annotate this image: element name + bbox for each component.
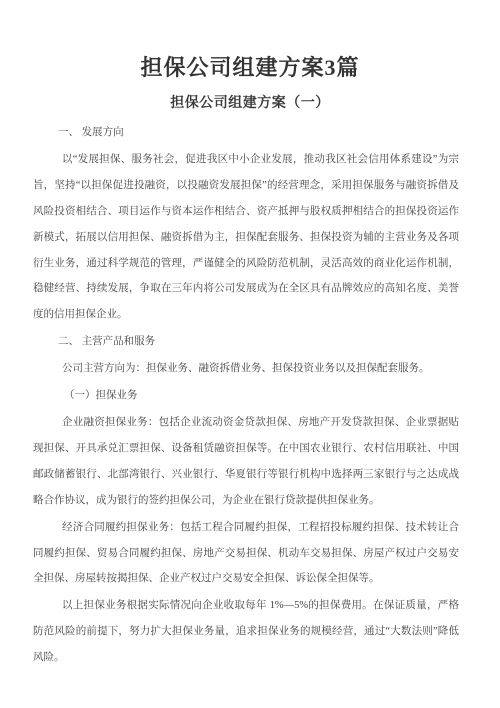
section-heading-development: 一、 发展方向 bbox=[33, 120, 459, 146]
paragraph-main-business: 公司主营方向为：担保业务、融资拆借业务、担保投资业务以及担保配套服务。 bbox=[33, 356, 459, 382]
section-heading-products-services: 二、 主营产品和服务 bbox=[33, 329, 459, 355]
document-body: 一、 发展方向 以“发展担保、服务社会，促进我区中小企业发展，推动我区社会信用体… bbox=[33, 120, 459, 671]
document-page: 担保公司组建方案3篇 担保公司组建方案（一） 一、 发展方向 以“发展担保、服务… bbox=[0, 0, 500, 708]
paragraph-contract-guarantee: 经济合同履约担保业务：包括工程合同履约担保，工程招投标履约担保、技术转让合同履约… bbox=[33, 515, 459, 593]
paragraph-guarantee-fees: 以上担保业务根据实际情况向企业收取每年 1%—5%的担保费用。在保证质量，严格防… bbox=[33, 593, 459, 671]
document-subtitle: 担保公司组建方案（一） bbox=[0, 92, 500, 116]
document-title: 担保公司组建方案3篇 bbox=[0, 52, 500, 84]
document-header: 担保公司组建方案3篇 担保公司组建方案（一） bbox=[0, 52, 500, 116]
paragraph-financing-guarantee: 企业融资担保业务：包括企业流动资金贷款担保、房地产开发贷款担保、企业票据贴现担保… bbox=[33, 410, 459, 514]
paragraph-development-direction: 以“发展担保、服务社会，促进我区中小企业发展，推动我区社会信用体系建设”为宗旨，… bbox=[33, 147, 459, 328]
subsection-heading-guarantee-business: （一）担保业务 bbox=[33, 383, 459, 409]
